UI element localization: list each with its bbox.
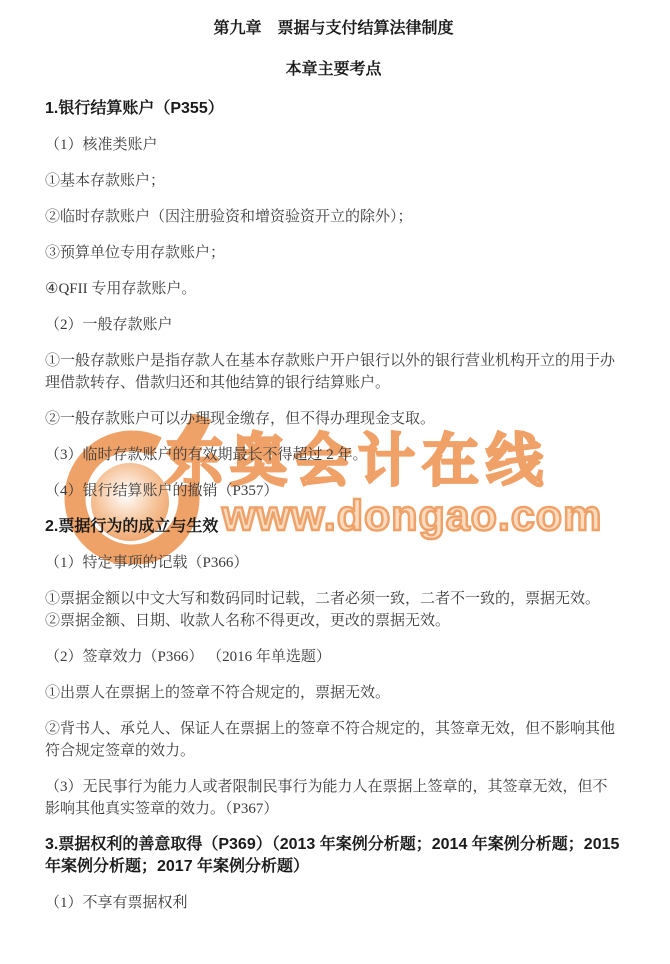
paragraph: ①基本存款账户； — [45, 170, 622, 192]
paragraph: （2）签章效力（P366） （2016 年单选题） — [45, 646, 622, 668]
paragraph: （3）无民事行为能力人或者限制民事行为能力人在票据上签章的，其签章无效，但不影响… — [45, 776, 622, 820]
paragraph: ①一般存款账户是指存款人在基本存款账户开户银行以外的银行营业机构开立的用于办理借… — [45, 350, 622, 394]
paragraph: （3）临时存款账户的有效期最长不得超过 2 年。 — [45, 444, 622, 466]
document-content: 第九章 票据与支付结算法律制度 本章主要考点 1.银行结算账户（P355） （1… — [0, 0, 670, 914]
paragraph: （4）银行结算账户的撤销（P357） — [45, 480, 622, 502]
paragraph: （2）一般存款账户 — [45, 314, 622, 336]
paragraph: ②票据金额、日期、收款人名称不得更改，更改的票据无效。 — [45, 610, 622, 632]
paragraph: （1）不享有票据权利 — [45, 892, 622, 914]
paragraph: ③预算单位专用存款账户； — [45, 242, 622, 264]
doc-title: 第九章 票据与支付结算法律制度 — [45, 16, 622, 42]
section-1-heading: 1.银行结算账户（P355） — [45, 98, 622, 120]
section-3-heading: 3.票据权利的善意取得（P369）（2013 年案例分析题；2014 年案例分析… — [45, 834, 622, 878]
paragraph: ①出票人在票据上的签章不符合规定的，票据无效。 — [45, 682, 622, 704]
paragraph: ②背书人、承兑人、保证人在票据上的签章不符合规定的，其签章无效，但不影响其他符合… — [45, 718, 622, 762]
section-2-heading: 2.票据行为的成立与生效 — [45, 516, 622, 538]
doc-subtitle: 本章主要考点 — [45, 57, 622, 83]
paragraph: ②一般存款账户可以办理现金缴存，但不得办理现金支取。 — [45, 408, 622, 430]
paragraph: （1）核准类账户 — [45, 134, 622, 156]
paragraph: ①票据金额以中文大写和数码同时记载，二者必须一致，二者不一致的，票据无效。 — [45, 588, 622, 610]
paragraph: ④QFII 专用存款账户。 — [45, 278, 622, 300]
paragraph: ②临时存款账户（因注册验资和增资验资开立的除外）； — [45, 206, 622, 228]
paragraph: （1）特定事项的记载（P366） — [45, 552, 622, 574]
document-page: 东奥会计在线 www.dongao.com 第九章 票据与支付结算法律制度 本章… — [0, 0, 670, 964]
